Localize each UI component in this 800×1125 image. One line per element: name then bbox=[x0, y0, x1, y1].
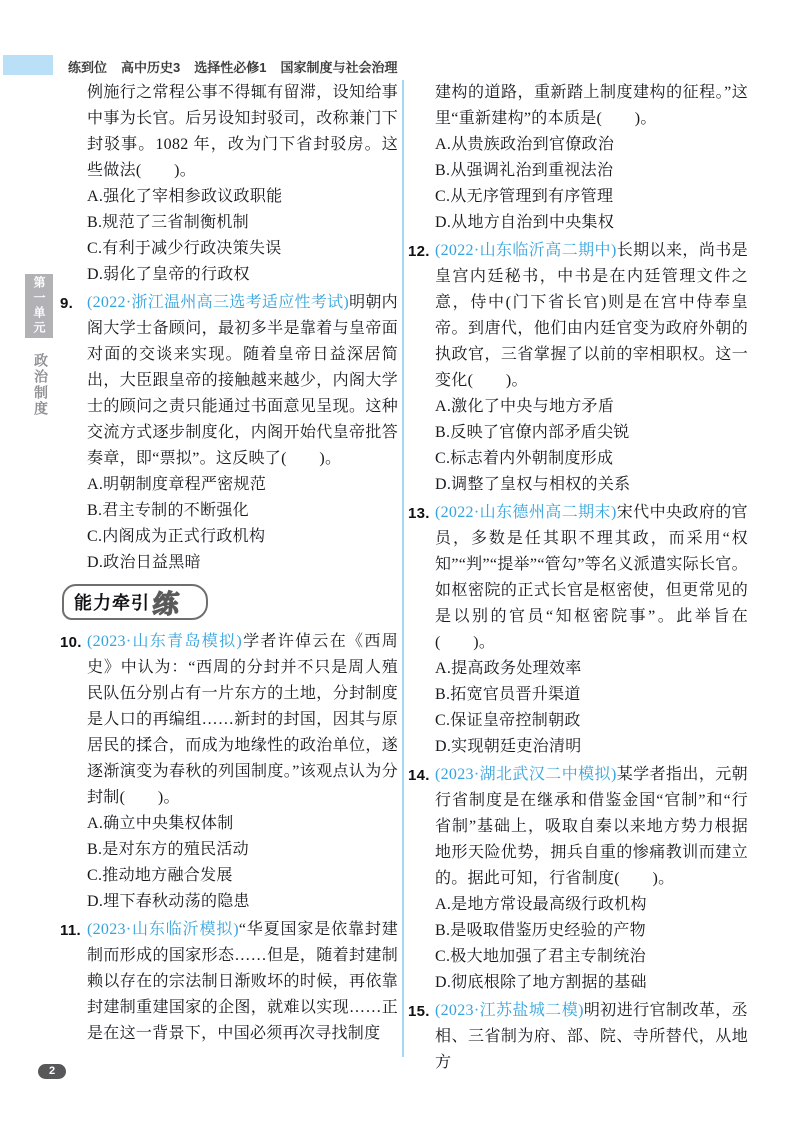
question-body: (2023·江苏盐城二模)明初进行官制改革，丞相、三省制为府、部、院、寺所替代，… bbox=[435, 998, 748, 1076]
question-block: 14.(2023·湖北武汉二中模拟)某学者指出，元朝行省制度是在继承和借鉴金国“… bbox=[408, 762, 748, 996]
answer-option: A.强化了宰相参政议政职能 bbox=[87, 184, 398, 210]
answer-option: D.调整了皇权与相权的关系 bbox=[435, 472, 748, 498]
answer-option: A.激化了中央与地方矛盾 bbox=[435, 394, 748, 420]
question-block: 13.(2022·山东德州高二期末)宋代中央政府的官员，多数是任其职不理其政，而… bbox=[408, 500, 748, 760]
right-column: 建构的道路，重新踏上制度建构的征程。”这里“重新建构”的本质是( )。A.从贵族… bbox=[408, 80, 748, 1078]
answer-option: D.政治日益黑暗 bbox=[87, 550, 398, 576]
question-block: 15.(2023·江苏盐城二模)明初进行官制改革，丞相、三省制为府、部、院、寺所… bbox=[408, 998, 748, 1076]
answer-option: B.君主专制的不断强化 bbox=[87, 498, 398, 524]
question-block: 12.(2022·山东临沂高二期中)长期以来，尚书是皇宫内廷秘书，中书是在内廷管… bbox=[408, 238, 748, 498]
answer-option: C.有利于减少行政决策失误 bbox=[87, 236, 398, 262]
question-body: (2023·湖北武汉二中模拟)某学者指出，元朝行省制度是在继承和借鉴金国“官制”… bbox=[435, 762, 748, 892]
answer-option: C.从无序管理到有序管理 bbox=[435, 184, 748, 210]
question-body: (2022·山东临沂高二期中)长期以来，尚书是皇宫内廷秘书，中书是在内廷管理文件… bbox=[435, 238, 748, 394]
sidebar-topic-label: 政治制度 bbox=[31, 353, 51, 417]
answer-option: B.从强调礼治到重视法治 bbox=[435, 158, 748, 184]
header-accent-rect bbox=[3, 55, 53, 75]
answer-option: D.从地方自治到中央集权 bbox=[435, 210, 748, 236]
answer-option: C.内阁成为正式行政机构 bbox=[87, 524, 398, 550]
section-badge-glyph: 练 bbox=[151, 583, 180, 621]
answer-option: A.提高政务处理效率 bbox=[435, 656, 748, 682]
question-text: “华夏国家是依靠封建制而形成的国家形态……但是，随着封建制赖以存在的宗法制日渐败… bbox=[87, 921, 398, 1042]
question-number: 15. bbox=[408, 999, 430, 1025]
left-column: 例施行之常程公事不得辄有留滞，设知给事中事为长官。后另设知封驳司，改称兼门下封驳… bbox=[60, 80, 398, 1049]
question-block: 10.(2023·山东青岛模拟)学者许倬云在《西周史》中认为：“西周的分封并不只… bbox=[60, 629, 398, 915]
question-number: 13. bbox=[408, 501, 430, 527]
textbook-page: 练到位高中历史3选择性必修1国家制度与社会治理 第一单元 政治制度 例施行之常程… bbox=[0, 0, 800, 1125]
answer-option: D.弱化了皇帝的行政权 bbox=[87, 262, 398, 288]
question-continuation: 建构的道路，重新踏上制度建构的征程。”这里“重新建构”的本质是( )。A.从贵族… bbox=[408, 80, 748, 236]
question-text: 某学者指出，元朝行省制度是在继承和借鉴金国“官制”和“行省制”基础上，吸取自秦以… bbox=[435, 766, 748, 887]
question-source: (2023·湖北武汉二中模拟) bbox=[435, 766, 617, 783]
question-body: (2023·山东临沂模拟)“华夏国家是依靠封建制而形成的国家形态……但是，随着封… bbox=[87, 917, 398, 1047]
question-block: 9.(2022·浙江温州高三选考适应性考试)明朝内阁大学士备顾问，最初多半是靠着… bbox=[60, 290, 398, 576]
page-number-badge: 2 bbox=[38, 1064, 66, 1079]
question-number: 9. bbox=[60, 291, 73, 317]
question-source: (2023·江苏盐城二模) bbox=[435, 1002, 584, 1019]
header-title: 练到位高中历史3选择性必修1国家制度与社会治理 bbox=[68, 57, 412, 76]
answer-option: C.标志着内外朝制度形成 bbox=[435, 446, 748, 472]
question-source: (2022·浙江温州高三选考适应性考试) bbox=[87, 294, 349, 311]
header-title-part: 国家制度与社会治理 bbox=[280, 60, 397, 75]
question-body: 例施行之常程公事不得辄有留滞，设知给事中事为长官。后另设知封驳司，改称兼门下封驳… bbox=[87, 80, 398, 184]
question-text: 例施行之常程公事不得辄有留滞，设知给事中事为长官。后另设知封驳司，改称兼门下封驳… bbox=[87, 84, 398, 179]
question-text: 建构的道路，重新踏上制度建构的征程。”这里“重新建构”的本质是( )。 bbox=[435, 84, 748, 127]
question-text: 学者许倬云在《西周史》中认为：“西周的分封并不只是周人殖民队伍分别占有一片东方的… bbox=[87, 633, 398, 806]
answer-option: B.是对东方的殖民活动 bbox=[87, 837, 398, 863]
question-source: (2023·山东青岛模拟) bbox=[87, 633, 242, 650]
question-block: 11.(2023·山东临沂模拟)“华夏国家是依靠封建制而形成的国家形态……但是，… bbox=[60, 917, 398, 1047]
answer-option: D.实现朝廷吏治清明 bbox=[435, 734, 748, 760]
answer-option: C.推动地方融合发展 bbox=[87, 863, 398, 889]
section-badge-label: 能力牵引 bbox=[74, 589, 150, 615]
question-number: 14. bbox=[408, 763, 430, 789]
answer-option: A.确立中央集权体制 bbox=[87, 811, 398, 837]
answer-option: B.是吸取借鉴历史经验的产物 bbox=[435, 918, 748, 944]
question-continuation: 例施行之常程公事不得辄有留滞，设知给事中事为长官。后另设知封驳司，改称兼门下封驳… bbox=[60, 80, 398, 288]
header-title-part: 选择性必修1 bbox=[194, 60, 266, 75]
header-title-part: 高中历史3 bbox=[121, 60, 180, 75]
question-text: 明朝内阁大学士备顾问，最初多半是靠着与皇帝面对面的交谈来实现。随着皇帝日益深居简… bbox=[87, 294, 398, 467]
section-badge: 能力牵引练 bbox=[62, 584, 208, 620]
answer-option: C.保证皇帝控制朝政 bbox=[435, 708, 748, 734]
answer-option: D.埋下春秋动荡的隐患 bbox=[87, 889, 398, 915]
question-body: 建构的道路，重新踏上制度建构的征程。”这里“重新建构”的本质是( )。 bbox=[435, 80, 748, 132]
header-title-part: 练到位 bbox=[68, 60, 107, 75]
question-text: 宋代中央政府的官员，多数是任其职不理其政，而采用“权知”“判”“提举”“管勾”等… bbox=[435, 504, 748, 651]
question-number: 11. bbox=[60, 918, 81, 944]
column-divider bbox=[402, 80, 404, 1057]
answer-option: D.彻底根除了地方割据的基础 bbox=[435, 970, 748, 996]
question-source: (2022·山东临沂高二期中) bbox=[435, 242, 617, 259]
answer-option: A.是地方常设最高级行政机构 bbox=[435, 892, 748, 918]
answer-option: A.从贵族政治到官僚政治 bbox=[435, 132, 748, 158]
answer-option: B.规范了三省制衡机制 bbox=[87, 210, 398, 236]
question-body: (2022·山东德州高二期末)宋代中央政府的官员，多数是任其职不理其政，而采用“… bbox=[435, 500, 748, 656]
question-body: (2022·浙江温州高三选考适应性考试)明朝内阁大学士备顾问，最初多半是靠着与皇… bbox=[87, 290, 398, 472]
question-source: (2023·山东临沂模拟) bbox=[87, 921, 239, 938]
question-text: 长期以来，尚书是皇宫内廷秘书，中书是在内廷管理文件之意，侍中(门下省长官)则是在… bbox=[435, 242, 748, 389]
question-source: (2022·山东德州高二期末) bbox=[435, 504, 617, 521]
answer-option: B.拓宽官员晋升渠道 bbox=[435, 682, 748, 708]
answer-option: C.极大地加强了君主专制统治 bbox=[435, 944, 748, 970]
sidebar-unit-tab: 第一单元 bbox=[25, 274, 53, 338]
answer-option: B.反映了官僚内部矛盾尖锐 bbox=[435, 420, 748, 446]
answer-option: A.明朝制度章程严密规范 bbox=[87, 472, 398, 498]
question-number: 12. bbox=[408, 239, 430, 265]
question-body: (2023·山东青岛模拟)学者许倬云在《西周史》中认为：“西周的分封并不只是周人… bbox=[87, 629, 398, 811]
question-number: 10. bbox=[60, 630, 82, 656]
